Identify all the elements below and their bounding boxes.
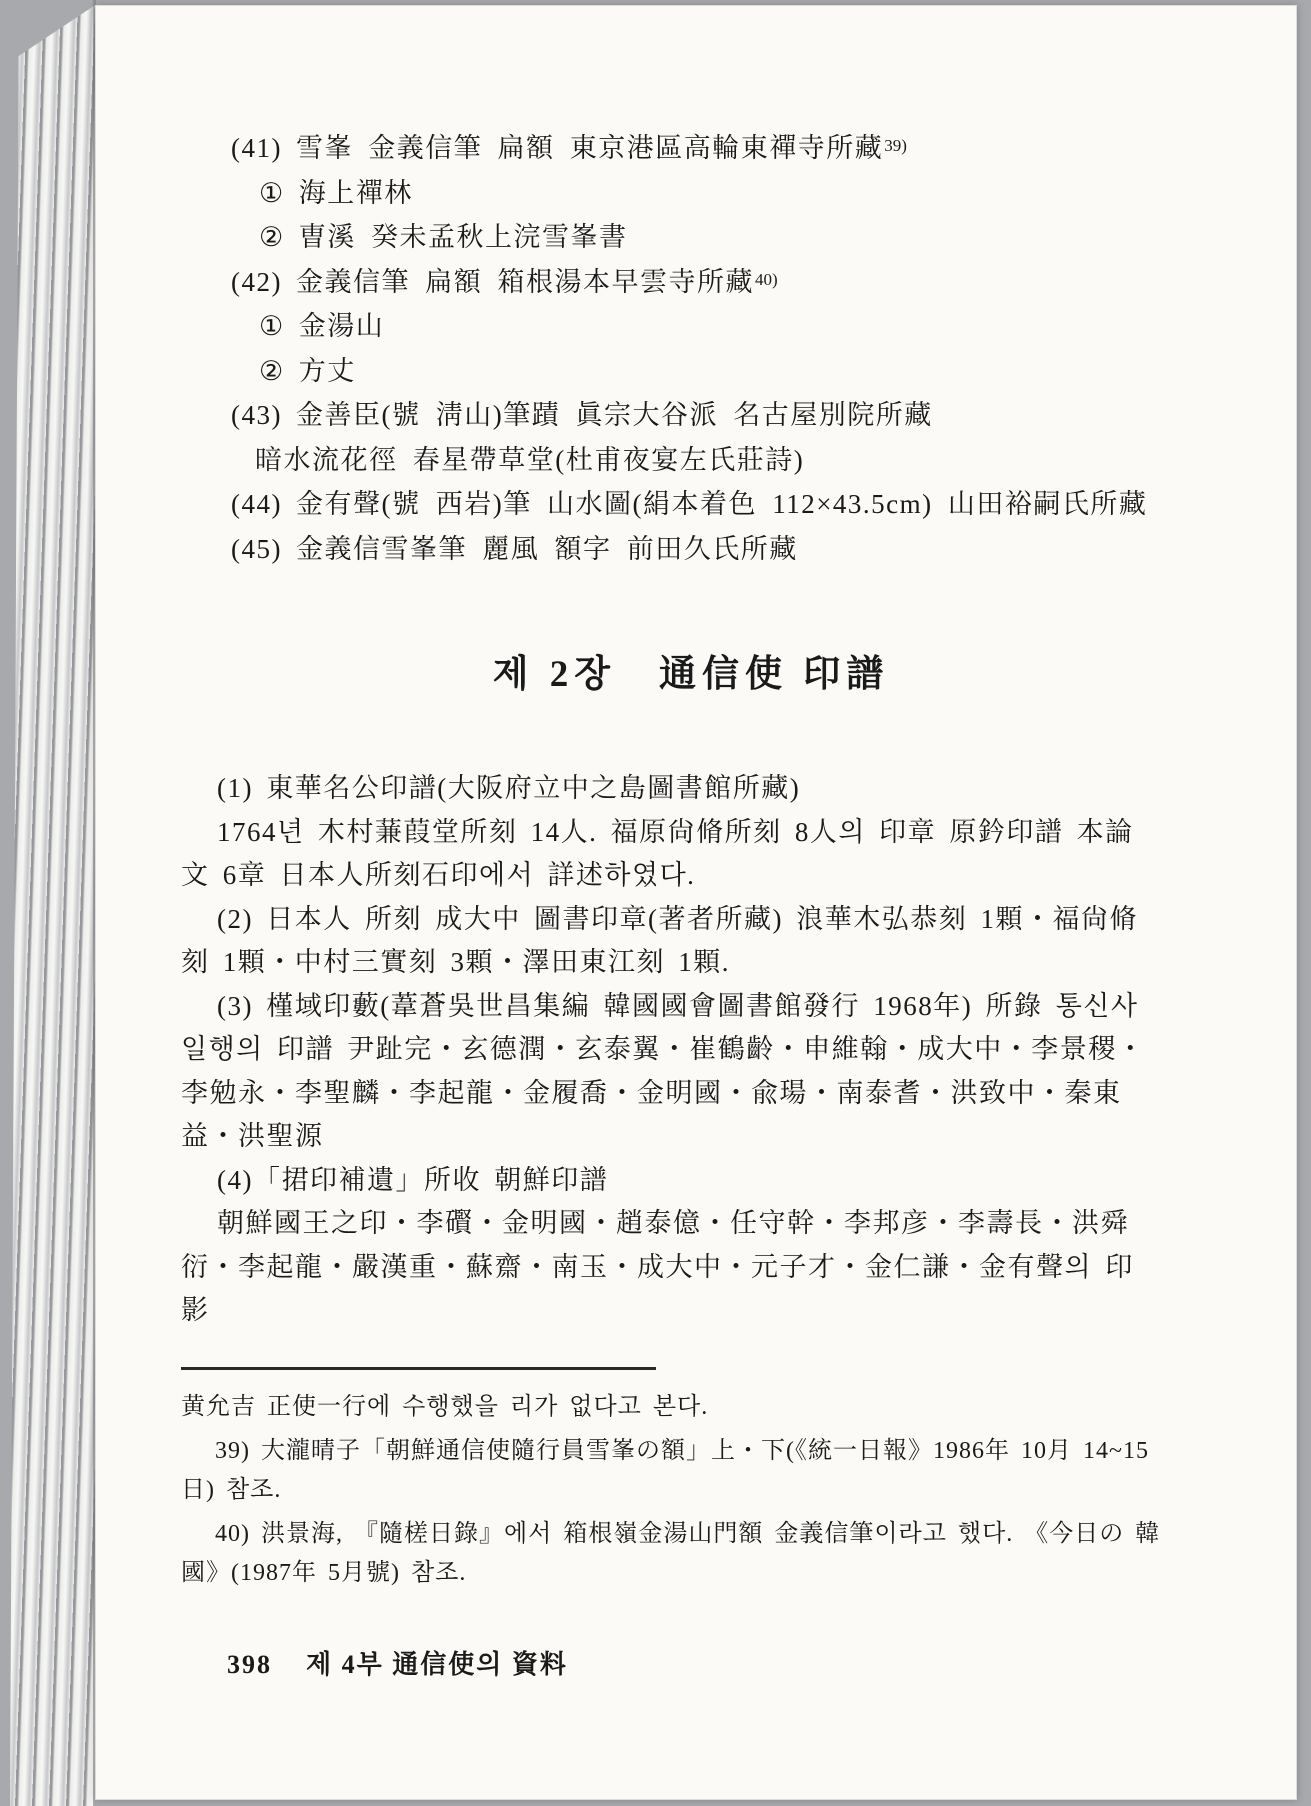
list-line: 暗水流花徑 春星帶草堂(杜甫夜宴左氏莊詩) xyxy=(181,438,1146,483)
body-line: 朝鮮國王之印・李礥・金明國・趙泰億・任守幹・李邦彦・李壽長・洪舜 xyxy=(181,1202,1146,1246)
scanned-book-page: (41)雪峯 金義信筆 扁額 東京港區高輪東禪寺所藏39) ①海上禪林 ②曺溪 … xyxy=(0,0,1311,1806)
item-number: ② xyxy=(259,222,285,252)
item-text: 金義信雪峯筆 麗風 額字 前田久氏所藏 xyxy=(296,534,798,564)
body-line: (4)「捃印補遺」所收 朝鮮印譜 xyxy=(181,1159,1146,1203)
item-text: 金義信筆 扁額 箱根湯本早雲寺所藏 xyxy=(296,267,754,297)
body-line: 文 6章 日本人所刻石印에서 詳述하였다. xyxy=(181,854,1146,898)
body-line: 일행의 印譜 尹趾完・玄德潤・玄泰翼・崔鶴齡・申維翰・成大中・李景稷・ xyxy=(181,1028,1146,1072)
list-line: ①海上禪林 xyxy=(181,171,1146,216)
list-line: ②曺溪 癸未孟秋上浣雪峯書 xyxy=(181,215,1146,260)
footnote-marker: 39) xyxy=(884,136,907,155)
body-line: 益・洪聖源 xyxy=(181,1115,1146,1159)
item-number: (45) xyxy=(231,534,282,564)
footnote-line: 40) 洪景海, 『隨槎日錄』에서 箱根嶺金湯山門額 金義信筆이라고 했다. 《… xyxy=(181,1515,1146,1554)
footnotes: 黄允吉 正使一行에 수행했을 리가 없다고 본다. 39) 大瀧晴子「朝鮮通信使… xyxy=(181,1367,1146,1593)
footer-section-label: 제 4부 通信使의 資料 xyxy=(306,1650,568,1679)
item-number: (41) xyxy=(231,133,282,163)
list-line: (45)金義信雪峯筆 麗風 額字 前田久氏所藏 xyxy=(181,527,1146,572)
footnote-line: 日) 참조. xyxy=(181,1471,1146,1510)
page-number: 398 xyxy=(227,1650,272,1679)
item-text: 曺溪 癸未孟秋上浣雪峯書 xyxy=(299,222,628,252)
list-line: ②方丈 xyxy=(181,349,1146,394)
footnote-line: 國》(1987年 5月號) 참조. xyxy=(181,1554,1146,1593)
item-text: 雪峯 金義信筆 扁額 東京港區高輪東禪寺所藏 xyxy=(296,133,883,163)
page-content: (41)雪峯 金義信筆 扁額 東京港區高輪東禪寺所藏39) ①海上禪林 ②曺溪 … xyxy=(181,6,1146,1681)
item-text: 暗水流花徑 春星帶草堂(杜甫夜宴左氏莊詩) xyxy=(255,445,804,475)
item-number: ① xyxy=(259,178,285,208)
list-line: (44)金有聲(號 西岩)筆 山水圖(絹本着色 112×43.5cm) 山田裕嗣… xyxy=(181,482,1146,527)
item-text: 金善臣(號 淸山)筆蹟 眞宗大谷派 名古屋別院所藏 xyxy=(296,400,933,430)
body-line: (2) 日本人 所刻 成大中 圖書印章(著者所藏) 浪華木弘恭刻 1顆・福尙脩 xyxy=(181,898,1146,942)
page: (41)雪峯 金義信筆 扁額 東京港區高輪東禪寺所藏39) ①海上禪林 ②曺溪 … xyxy=(95,5,1297,1800)
list-line: ①金湯山 xyxy=(181,304,1146,349)
item-text: 方丈 xyxy=(299,356,356,386)
item-number: (42) xyxy=(231,267,282,297)
chapter-heading: 제 2장 通信使 印譜 xyxy=(181,649,1146,701)
item-number: (43) xyxy=(231,400,282,430)
item-number: ① xyxy=(259,311,285,341)
body-line: 李勉永・李聖麟・李起龍・金履喬・金明國・兪瑒・南泰耆・洪致中・秦東 xyxy=(181,1072,1146,1116)
list-line: (41)雪峯 金義信筆 扁額 東京港區高輪東禪寺所藏39) xyxy=(181,126,1146,171)
footnote-line: 39) 大瀧晴子「朝鮮通信使隨行員雪峯の額」上・下(《統一日報》1986年 10… xyxy=(181,1432,1146,1471)
list-line: (42)金義信筆 扁額 箱根湯本早雲寺所藏40) xyxy=(181,260,1146,305)
body-text: (1) 東華名公印譜(大阪府立中之島圖書館所藏) 1764년 木村蒹葭堂所刻 1… xyxy=(181,767,1146,1333)
book-page-edges xyxy=(10,0,96,1806)
body-line: (1) 東華名公印譜(大阪府立中之島圖書館所藏) xyxy=(181,767,1146,811)
page-footer: 398제 4부 通信使의 資料 xyxy=(181,1644,1146,1681)
item-text: 金湯山 xyxy=(299,311,385,341)
footnote-line: 黄允吉 正使一行에 수행했을 리가 없다고 본다. xyxy=(181,1388,1146,1427)
item-number: ② xyxy=(259,356,285,386)
footnote-marker: 40) xyxy=(755,270,778,289)
item-text: 金有聲(號 西岩)筆 山水圖(絹本着色 112×43.5cm) 山田裕嗣氏所藏 xyxy=(296,489,1147,519)
footnote-divider xyxy=(181,1367,656,1370)
body-line: (3) 槿域印藪(葦蒼吳世昌集編 韓國國會圖書館發行 1968年) 所錄 통신사 xyxy=(181,985,1146,1029)
body-line: 刻 1顆・中村三實刻 3顆・澤田東江刻 1顆. xyxy=(181,941,1146,985)
item-text: 海上禪林 xyxy=(299,178,413,208)
body-line: 1764년 木村蒹葭堂所刻 14人. 福原尙脩所刻 8人의 印章 原鈐印譜 本論 xyxy=(181,811,1146,855)
list-line: (43)金善臣(號 淸山)筆蹟 眞宗大谷派 名古屋別院所藏 xyxy=(181,393,1146,438)
works-list: (41)雪峯 金義信筆 扁額 東京港區高輪東禪寺所藏39) ①海上禪林 ②曺溪 … xyxy=(181,126,1146,571)
item-number: (44) xyxy=(231,489,282,519)
body-line: 衍・李起龍・嚴漢重・蘇齋・南玉・成大中・元子才・金仁謙・金有聲의 印 xyxy=(181,1246,1146,1290)
body-line: 影 xyxy=(181,1289,1146,1333)
